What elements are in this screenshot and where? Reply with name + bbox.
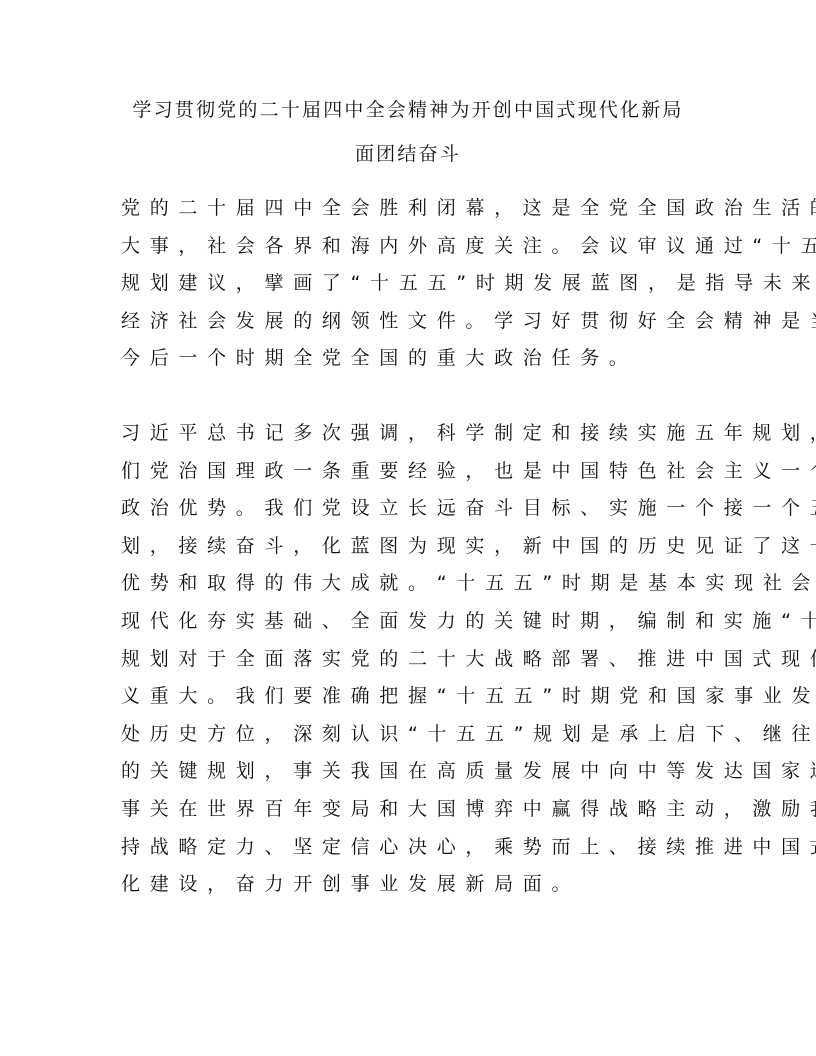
paragraph-line: 义重大。我们要准确把握“十五五”时期党和国家事业发展所: [121, 678, 701, 716]
paragraph-line: 的关键规划，事关我国在高质量发展中向中等发达国家迈进，: [121, 753, 701, 791]
document-page: 学习贯彻党的二十届四中全会精神为开创中国式现代化新局 面团结奋斗 党的二十届四中…: [0, 0, 816, 1056]
paragraph-line: 习近平总书记多次强调，科学制定和接续实施五年规划，是我: [121, 415, 701, 453]
paragraph-line: 政治优势。我们党设立长远奋斗目标、实施一个接一个五年规: [121, 490, 701, 528]
paragraph-line: 现代化夯实基础、全面发力的关键时期，编制和实施“十五五”: [121, 603, 701, 641]
paragraph-line: 大事，社会各界和海内外高度关注。会议审议通过“十五五”: [121, 228, 701, 266]
paragraph-line: 党的二十届四中全会胜利闭幕，这是全党全国政治生活的一件: [121, 190, 701, 228]
paragraph-line: 规划对于全面落实党的二十大战略部署、推进中国式现代化意: [121, 641, 701, 679]
paragraph-line: 化建设，奋力开创事业发展新局面。: [121, 866, 701, 904]
title-line-2: 面团结奋斗: [100, 132, 716, 176]
paragraph-line: 今后一个时期全党全国的重大政治任务。: [121, 340, 701, 378]
paragraph-line: 们党治国理政一条重要经验，也是中国特色社会主义一个重要: [121, 453, 701, 491]
paragraph-2: 习近平总书记多次强调，科学制定和接续实施五年规划，是我 们党治国理政一条重要经验…: [121, 415, 701, 904]
paragraph-line: 划，接续奋斗，化蓝图为现实，新中国的历史见证了这一独特: [121, 528, 701, 566]
title-line-1: 学习贯彻党的二十届四中全会精神为开创中国式现代化新局: [100, 88, 716, 132]
document-title: 学习贯彻党的二十届四中全会精神为开创中国式现代化新局 面团结奋斗: [100, 88, 716, 176]
paragraph-line: 持战略定力、坚定信心决心，乘势而上、接续推进中国式现代: [121, 829, 701, 867]
paragraph-line: 优势和取得的伟大成就。“十五五”时期是基本实现社会主义: [121, 565, 701, 603]
paragraph-line: 经济社会发展的纲领性文件。学习好贯彻好全会精神是当前和: [121, 303, 701, 341]
paragraph-line: 规划建议，擘画了“十五五”时期发展蓝图，是指导未来五年: [121, 265, 701, 303]
paragraph-line: 事关在世界百年变局和大国博弈中赢得战略主动，激励我们保: [121, 791, 701, 829]
paragraph-line: 处历史方位，深刻认识“十五五”规划是承上启下、继往开来: [121, 716, 701, 754]
paragraph-1: 党的二十届四中全会胜利闭幕，这是全党全国政治生活的一件 大事，社会各界和海内外高…: [121, 190, 701, 378]
